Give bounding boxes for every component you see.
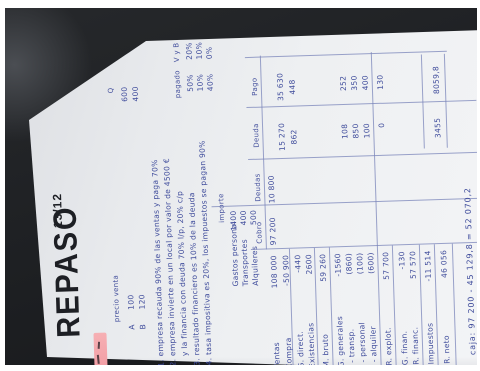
table-rule — [212, 198, 477, 207]
statement-c5: 35 630 — [275, 73, 285, 101]
table-rule — [251, 242, 477, 250]
photo-background: REPASO 13/12 precio venta Q A 100 600 B … — [5, 8, 477, 365]
statement-c5: 400 — [361, 75, 370, 90]
statement-label: R. neto — [442, 335, 452, 364]
price-row-label: B — [138, 324, 147, 330]
col-header-deudas: Deudas — [254, 173, 263, 202]
table-rule — [452, 244, 457, 365]
percent-cell: 10% — [195, 74, 205, 92]
statement-label: G. generales — [335, 316, 346, 365]
statement-importe: 2600 — [304, 254, 315, 306]
highlight-mark — [93, 333, 107, 365]
statement-c4: 100 — [362, 123, 371, 138]
handwritten-content: REPASO 13/12 precio venta Q A 100 600 B … — [34, 29, 477, 365]
statement-label: - transp. — [346, 329, 356, 363]
statement-label: G. finan. — [400, 331, 410, 365]
percent-cell: 50% — [185, 74, 195, 92]
table-rule — [248, 152, 477, 160]
page-date: 13/12 — [50, 193, 65, 228]
col-header-cobro: Cobro — [255, 221, 264, 243]
statement-importe: -130 — [397, 251, 408, 303]
statement-cobro: 97 200 — [268, 217, 278, 245]
statement-importe: 108 000 — [269, 255, 280, 307]
percent-block-col2-header: V y B — [172, 42, 181, 62]
statement-label: - alquiler — [368, 326, 378, 362]
statement-importe: 46 056 — [439, 250, 450, 302]
price-table-qty-header: Q — [107, 87, 115, 93]
statement-c5: 448 — [288, 79, 297, 94]
percent-cell: 20% — [184, 42, 194, 60]
percent-cell: 0% — [205, 47, 214, 60]
statement-label: R. financ. — [410, 327, 420, 365]
price-row-q: 400 — [131, 86, 140, 101]
expense-value: 400 — [239, 210, 249, 254]
statement-importe: (100) — [355, 252, 366, 304]
statement-importe: -440 — [293, 254, 304, 306]
statement-label: R. explot. — [383, 327, 393, 365]
table-rule — [260, 56, 267, 250]
statement-c4: 850 — [351, 123, 360, 138]
price-row-precio: 120 — [137, 294, 146, 309]
statement-label: M. bruto — [321, 334, 331, 365]
price-row-precio: 100 — [126, 294, 135, 309]
statement-label: - personal — [357, 322, 367, 363]
statement-c5: 130 — [375, 74, 384, 89]
statement-importe: 57 570 — [408, 251, 419, 303]
statement-label: Compra — [284, 337, 294, 365]
table-rule — [245, 51, 447, 58]
statement-c4: 0 — [377, 123, 386, 128]
percent-cell: 40% — [205, 73, 215, 91]
statement-importe: (600) — [366, 252, 377, 304]
statement-c4: 862 — [289, 129, 298, 144]
statement-c4: 15 270 — [277, 123, 287, 151]
statement-importe: 59 260 — [318, 254, 329, 306]
statement-c5: 8059,8 — [431, 66, 441, 94]
table-rule — [371, 52, 382, 365]
statement-label: Impuestos — [425, 323, 435, 365]
price-row-label: A — [127, 324, 136, 330]
statement-importe: -11 514 — [423, 250, 434, 302]
statement-label: Existencias — [306, 322, 316, 365]
statement-c5: 252 — [339, 76, 348, 91]
statement-deudas: 10 800 — [267, 175, 277, 203]
expenses-header: importe — [217, 193, 226, 223]
statement-importe: (860) — [344, 253, 355, 305]
statement-importe: -1560 — [333, 253, 344, 305]
table-rule — [246, 100, 476, 108]
expense-value: 1400 — [229, 210, 239, 254]
statement-label: G. direct. — [296, 331, 306, 365]
price-row-q: 600 — [120, 87, 129, 102]
statement-importe: 57 700 — [381, 252, 392, 304]
statement-importe: -50 900 — [281, 255, 292, 307]
col-header-pago: Pago — [251, 78, 260, 96]
statement-c5: 350 — [350, 75, 359, 90]
percent-block-col1-header: pagado — [173, 70, 182, 98]
statement-c4: 108 — [340, 124, 349, 139]
percent-cell: 10% — [194, 42, 204, 60]
statement-label: Ventas — [272, 342, 282, 365]
col-header-deuda: Deuda — [252, 123, 261, 148]
caja-line: caja: 97 200 - 45 129,8 = 52 070,2 — [463, 187, 477, 355]
price-table-header: precio venta — [112, 275, 121, 323]
statement-c4: 3455 — [433, 118, 443, 139]
